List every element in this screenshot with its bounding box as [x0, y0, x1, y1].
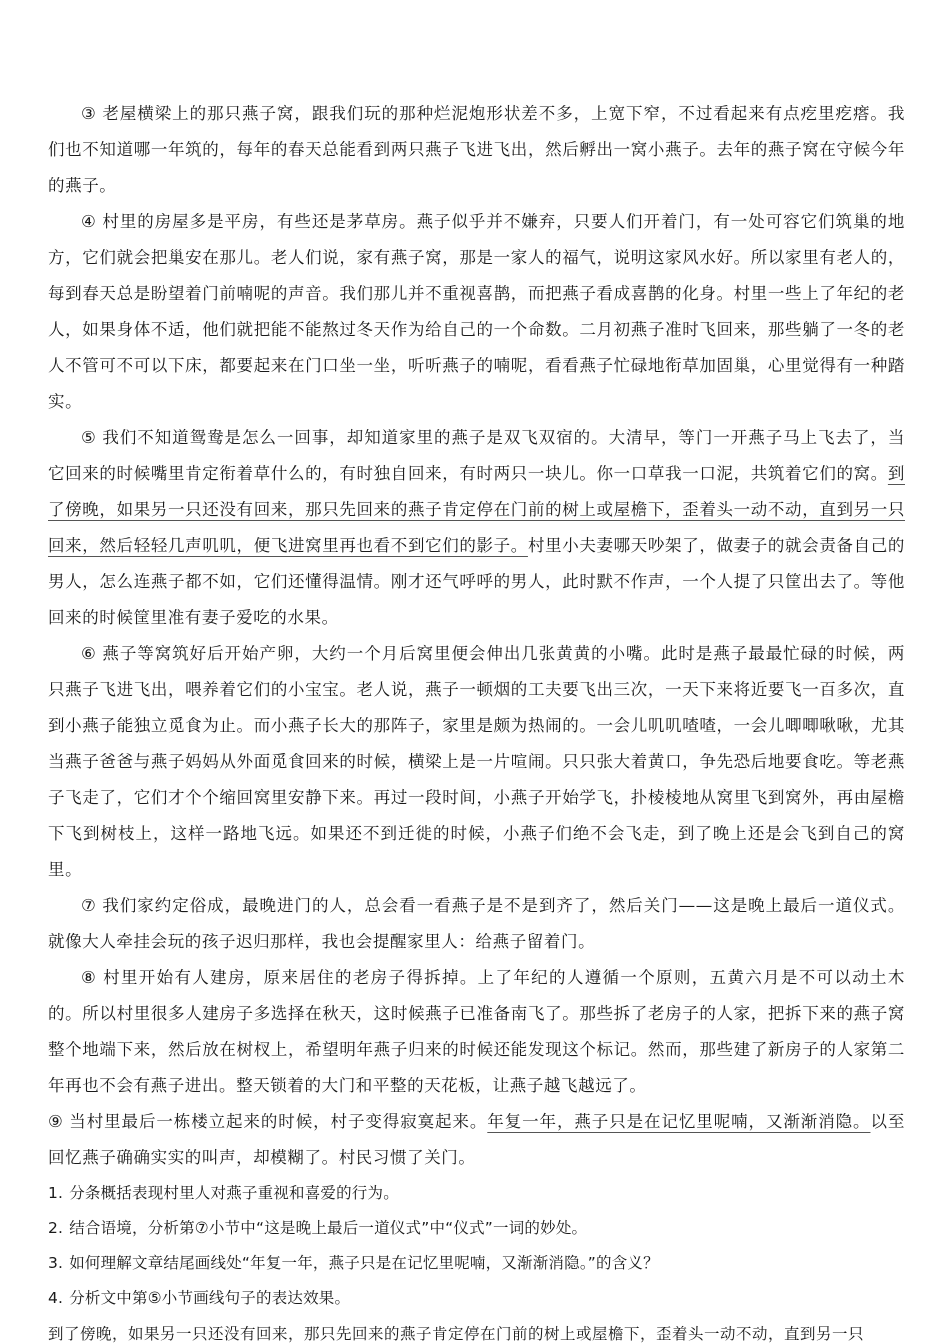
paragraph-7: ⑦ 我们家约定俗成，最晚进门的人，总会看一看燕子是不是到齐了，然后关门——这是晚… [48, 888, 905, 960]
paragraph-marker: ⑦ [81, 896, 96, 915]
question-1: 1.分条概括表现村里人对燕子重视和喜爱的行为。 [48, 1176, 905, 1211]
question-number: 3. [48, 1254, 63, 1272]
paragraph-marker: ⑥ [81, 644, 96, 663]
paragraph-marker: ⑧ [81, 968, 97, 987]
paragraph-8: ⑧ 村里开始有人建房，原来居住的老房子得拆掉。上了年纪的人遵循一个原则，五黄六月… [48, 960, 905, 1104]
paragraph-6: ⑥ 燕子等窝筑好后开始产卵，大约一个月后窝里便会伸出几张黄黄的小嘴。此时是燕子最… [48, 636, 905, 888]
question-text: 分条概括表现村里人对燕子重视和喜爱的行为。 [69, 1184, 399, 1202]
quoted-sentence: 到了傍晚，如果另一只还没有回来，那只先回来的燕子肯定停在门前的树上或屋檐下，歪着… [48, 1316, 905, 1344]
question-4: 4.分析文中第⑤小节画线句子的表达效果。 [48, 1281, 905, 1316]
paragraph-marker: ③ [81, 104, 96, 123]
paragraph-5: ⑤ 我们不知道鸳鸯是怎么一回事，却知道家里的燕子是双飞双宿的。大清早，等门一开燕… [48, 420, 905, 636]
question-number: 2. [48, 1219, 63, 1237]
paragraph-9: ⑨ 当村里最后一栋楼立起来的时候，村子变得寂寞起来。年复一年，燕子只是在记忆里呢… [48, 1104, 905, 1176]
paragraph-3: ③ 老屋横梁上的那只燕子窝，跟我们玩的那种烂泥炮形状差不多，上宽下窄，不过看起来… [48, 96, 905, 204]
paragraph-text: 我们家约定俗成，最晚进门的人，总会看一看燕子是不是到齐了，然后关门——这是晚上最… [48, 896, 905, 951]
paragraph-text: 村里的房屋多是平房，有些还是茅草房。燕子似乎并不嫌弃，只要人们开着门，有一处可容… [48, 212, 905, 411]
paragraph-marker: ⑤ [81, 428, 96, 447]
question-text: 如何理解文章结尾画线处“年复一年，燕子只是在记忆里呢喃，又渐渐消隐。”的含义？ [69, 1254, 659, 1272]
paragraph-text: 村里开始有人建房，原来居住的老房子得拆掉。上了年纪的人遵循一个原则，五黄六月是不… [48, 968, 905, 1095]
paragraph-text: 当村里最后一栋楼立起来的时候，村子变得寂寞起来。 [69, 1112, 487, 1131]
question-text: 结合语境，分析第⑦小节中“这是晚上最后一道仪式”中“仪式”一词的妙处。 [69, 1219, 587, 1237]
paragraph-marker: ④ [81, 212, 96, 231]
question-number: 4. [48, 1289, 63, 1307]
underlined-sentence: 年复一年，燕子只是在记忆里呢喃，又渐渐消隐。 [487, 1112, 870, 1131]
question-number: 1. [48, 1184, 63, 1202]
paragraph-marker: ⑨ [48, 1112, 63, 1131]
paragraph-text: 我们不知道鸳鸯是怎么一回事，却知道家里的燕子是双飞双宿的。大清早，等门一开燕子马… [48, 428, 905, 483]
question-2: 2.结合语境，分析第⑦小节中“这是晚上最后一道仪式”中“仪式”一词的妙处。 [48, 1211, 905, 1246]
paragraph-text: 燕子等窝筑好后开始产卵，大约一个月后窝里便会伸出几张黄黄的小嘴。此时是燕子最最忙… [48, 644, 905, 879]
question-list: 1.分条概括表现村里人对燕子重视和喜爱的行为。 2.结合语境，分析第⑦小节中“这… [48, 1176, 905, 1316]
question-text: 分析文中第⑤小节画线句子的表达效果。 [69, 1289, 350, 1307]
document-page: ③ 老屋横梁上的那只燕子窝，跟我们玩的那种烂泥炮形状差不多，上宽下窄，不过看起来… [48, 96, 905, 1344]
paragraph-4: ④ 村里的房屋多是平房，有些还是茅草房。燕子似乎并不嫌弃，只要人们开着门，有一处… [48, 204, 905, 420]
question-3: 3.如何理解文章结尾画线处“年复一年，燕子只是在记忆里呢喃，又渐渐消隐。”的含义… [48, 1246, 905, 1281]
paragraph-text: 老屋横梁上的那只燕子窝，跟我们玩的那种烂泥炮形状差不多，上宽下窄，不过看起来有点… [48, 104, 905, 195]
